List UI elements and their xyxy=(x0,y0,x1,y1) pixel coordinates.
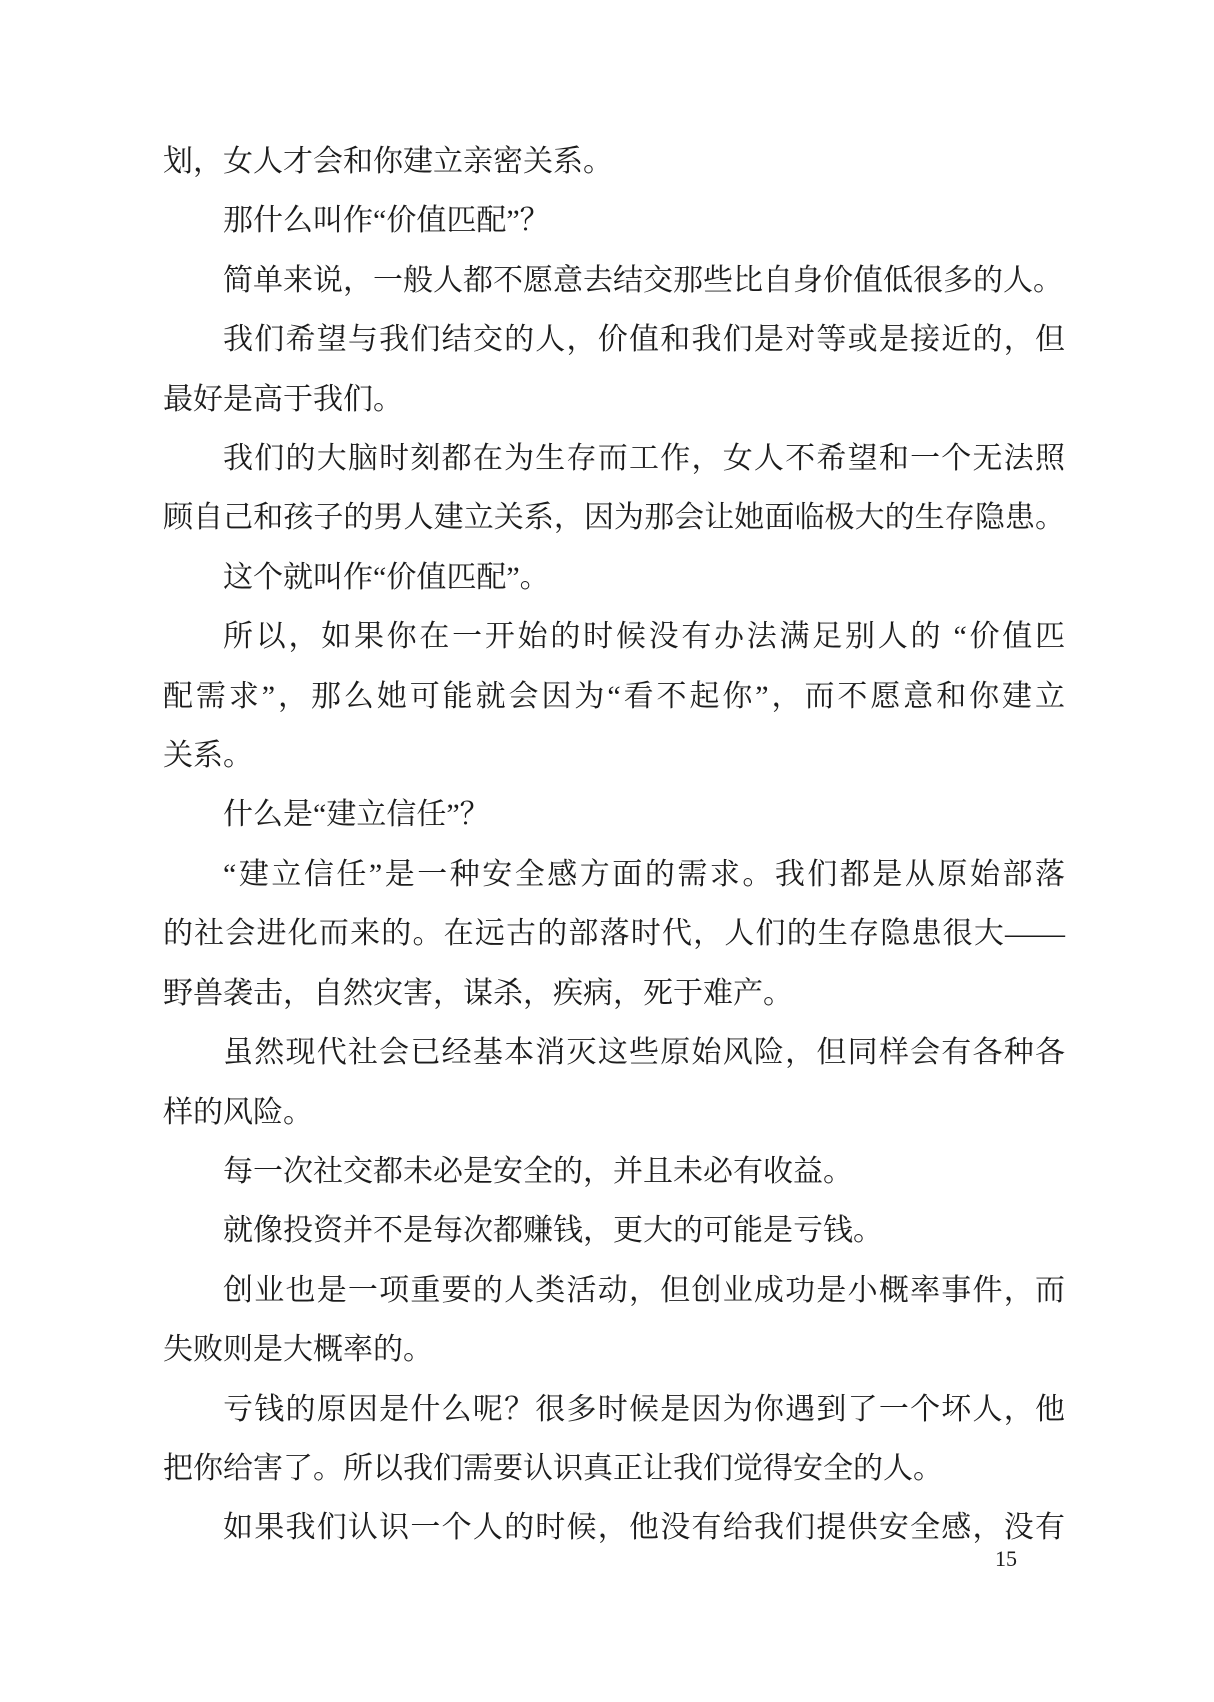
text-line: 所以，如果你在一开始的时候没有办法满足别人的 “价值匹 xyxy=(163,607,1065,666)
text-line: 划，女人才会和你建立亲密关系。 xyxy=(163,132,1065,191)
page-number: 15 xyxy=(975,1544,1037,1574)
text-line: 亏钱的原因是什么呢？很多时候是因为你遇到了一个坏人，他 xyxy=(163,1380,1065,1439)
text-line: 这个就叫作“价值匹配”。 xyxy=(163,548,1065,607)
text-line: 我们希望与我们结交的人，价值和我们是对等或是接近的，但 xyxy=(163,310,1065,369)
document-page: 划，女人才会和你建立亲密关系。 那什么叫作“价值匹配”？ 简单来说，一般人都不愿… xyxy=(0,0,1214,1702)
text-line: 什么是“建立信任”？ xyxy=(163,785,1065,844)
text-line: 关系。 xyxy=(163,726,1065,785)
text-line: 就像投资并不是每次都赚钱，更大的可能是亏钱。 xyxy=(163,1201,1065,1260)
text-line: 每一次社交都未必是安全的，并且未必有收益。 xyxy=(163,1142,1065,1201)
text-line: “建立信任”是一种安全感方面的需求。我们都是从原始部落 xyxy=(163,845,1065,904)
text-line: 样的风险。 xyxy=(163,1083,1065,1142)
text-line: 如果我们认识一个人的时候，他没有给我们提供安全感，没有 xyxy=(163,1498,1065,1557)
text-line: 我们的大脑时刻都在为生存而工作，女人不希望和一个无法照 xyxy=(163,429,1065,488)
text-line: 最好是高于我们。 xyxy=(163,370,1065,429)
text-line: 虽然现代社会已经基本消灭这些原始风险，但同样会有各种各 xyxy=(163,1023,1065,1082)
text-line: 那什么叫作“价值匹配”？ xyxy=(163,191,1065,250)
text-line: 野兽袭击，自然灾害，谋杀，疾病，死于难产。 xyxy=(163,964,1065,1023)
text-line: 失败则是大概率的。 xyxy=(163,1320,1065,1379)
text-line: 简单来说，一般人都不愿意去结交那些比自身价值低很多的人。 xyxy=(163,251,1065,310)
text-line: 创业也是一项重要的人类活动，但创业成功是小概率事件，而 xyxy=(163,1261,1065,1320)
text-line: 的社会进化而来的。在远古的部落时代，人们的生存隐患很大—— xyxy=(163,904,1065,963)
text-line: 配需求”，那么她可能就会因为“看不起你”，而不愿意和你建立 xyxy=(163,667,1065,726)
body-text: 划，女人才会和你建立亲密关系。 那什么叫作“价值匹配”？ 简单来说，一般人都不愿… xyxy=(163,132,1065,1558)
text-line: 把你给害了。所以我们需要认识真正让我们觉得安全的人。 xyxy=(163,1439,1065,1498)
text-line: 顾自己和孩子的男人建立关系，因为那会让她面临极大的生存隐患。 xyxy=(163,488,1065,547)
